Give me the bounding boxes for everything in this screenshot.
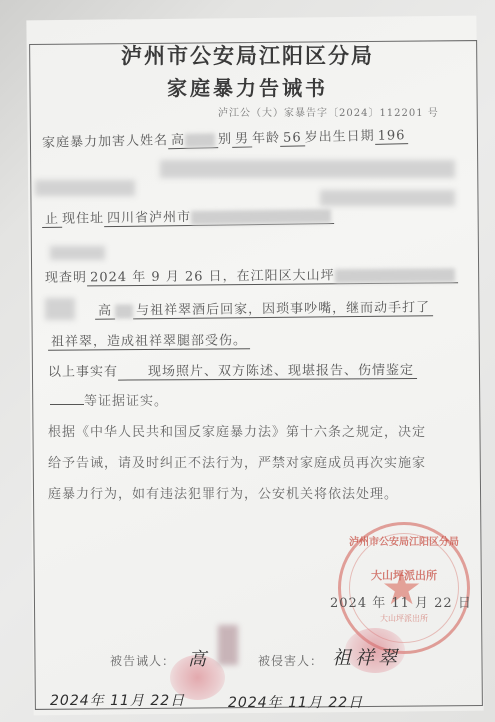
decision-line-1: 根据《中华人民共和国反家庭暴力法》第十六条之规定，决定 <box>48 421 426 440</box>
decision-line-2: 给予告诫，请及时纠正不法行为，严禁对家庭成员再次实施家 <box>48 452 426 471</box>
redacted-id-line-2 <box>35 180 135 196</box>
redacted-name <box>185 133 215 148</box>
address-line: 止现住址四川省泸州市 <box>42 204 334 227</box>
facts-line-1: 现查明2024 年 9 月 26 日，在江阳区大山坪 <box>45 263 458 286</box>
redacted-signature <box>218 625 238 665</box>
issuing-authority-title: 泸州市公安局江阳区分局 <box>0 40 495 70</box>
age-value: 56 <box>280 130 305 147</box>
redacted-address <box>191 209 331 225</box>
victim-label: 被侵害人： <box>258 652 323 669</box>
address-label: 现住址 <box>62 211 104 227</box>
found-label: 现查明 <box>45 270 87 285</box>
evidence-value: 现场照片、双方陈述、现堪报告、伤情鉴定 <box>118 363 417 381</box>
gender-label: 别 <box>218 132 232 147</box>
redacted-name-2 <box>115 304 133 318</box>
redacted-location <box>335 268 455 283</box>
evidence-suffix-line: 等证据证实。 <box>50 390 168 409</box>
victim-sign-date: 2024年 11月 22日 <box>228 692 363 712</box>
document-title: 家庭暴力告诫书 <box>0 72 495 101</box>
birth-value: 196 <box>375 128 409 145</box>
address-value: 四川省泸州市 <box>104 208 334 227</box>
redacted-id-line-3 <box>320 190 455 206</box>
facts-line-3: 祖祥翠，造成祖祥翠腿部受伤。 <box>48 329 250 349</box>
age-unit: 岁 <box>304 130 318 145</box>
abuser-name-value: 高 <box>168 132 218 149</box>
victim-signature: 祖祥翠 <box>332 643 401 670</box>
evidence-label: 以上事实有 <box>48 365 118 380</box>
redacted-block <box>45 298 75 320</box>
facts-line-2: 高与祖祥翠酒后回家，因琐事吵嘴，继而动手打了 <box>95 296 433 319</box>
address-prefix: 止 <box>42 212 62 228</box>
birth-label: 出生日期 <box>319 129 375 145</box>
incident-date: 2024 年 9 月 26 日，在江阳区大山坪 <box>87 267 458 286</box>
age-label: 年龄 <box>252 131 280 147</box>
evidence-line: 以上事实有现场照片、双方陈述、现堪报告、伤情鉴定 <box>48 359 417 380</box>
issue-date: 2024 年 11 月 22 日 <box>330 592 472 611</box>
decision-line-3: 庭暴力行为，如有违法犯罪行为，公安机关将依法处理。 <box>48 483 398 502</box>
warned-sign-date: 2024年 11月 22日 <box>50 690 185 710</box>
warned-person-label: 被告诫人： <box>110 652 175 669</box>
gender-value: 男 <box>232 131 252 147</box>
warned-person-signature: 高 <box>188 645 207 671</box>
document-number: 泸江公（大）家暴告字〔2024〕112201 号 <box>218 104 439 119</box>
abuser-name-label: 家庭暴力加害人姓名 <box>42 133 168 151</box>
redacted-id-line <box>160 160 455 178</box>
redacted-line <box>50 246 105 260</box>
